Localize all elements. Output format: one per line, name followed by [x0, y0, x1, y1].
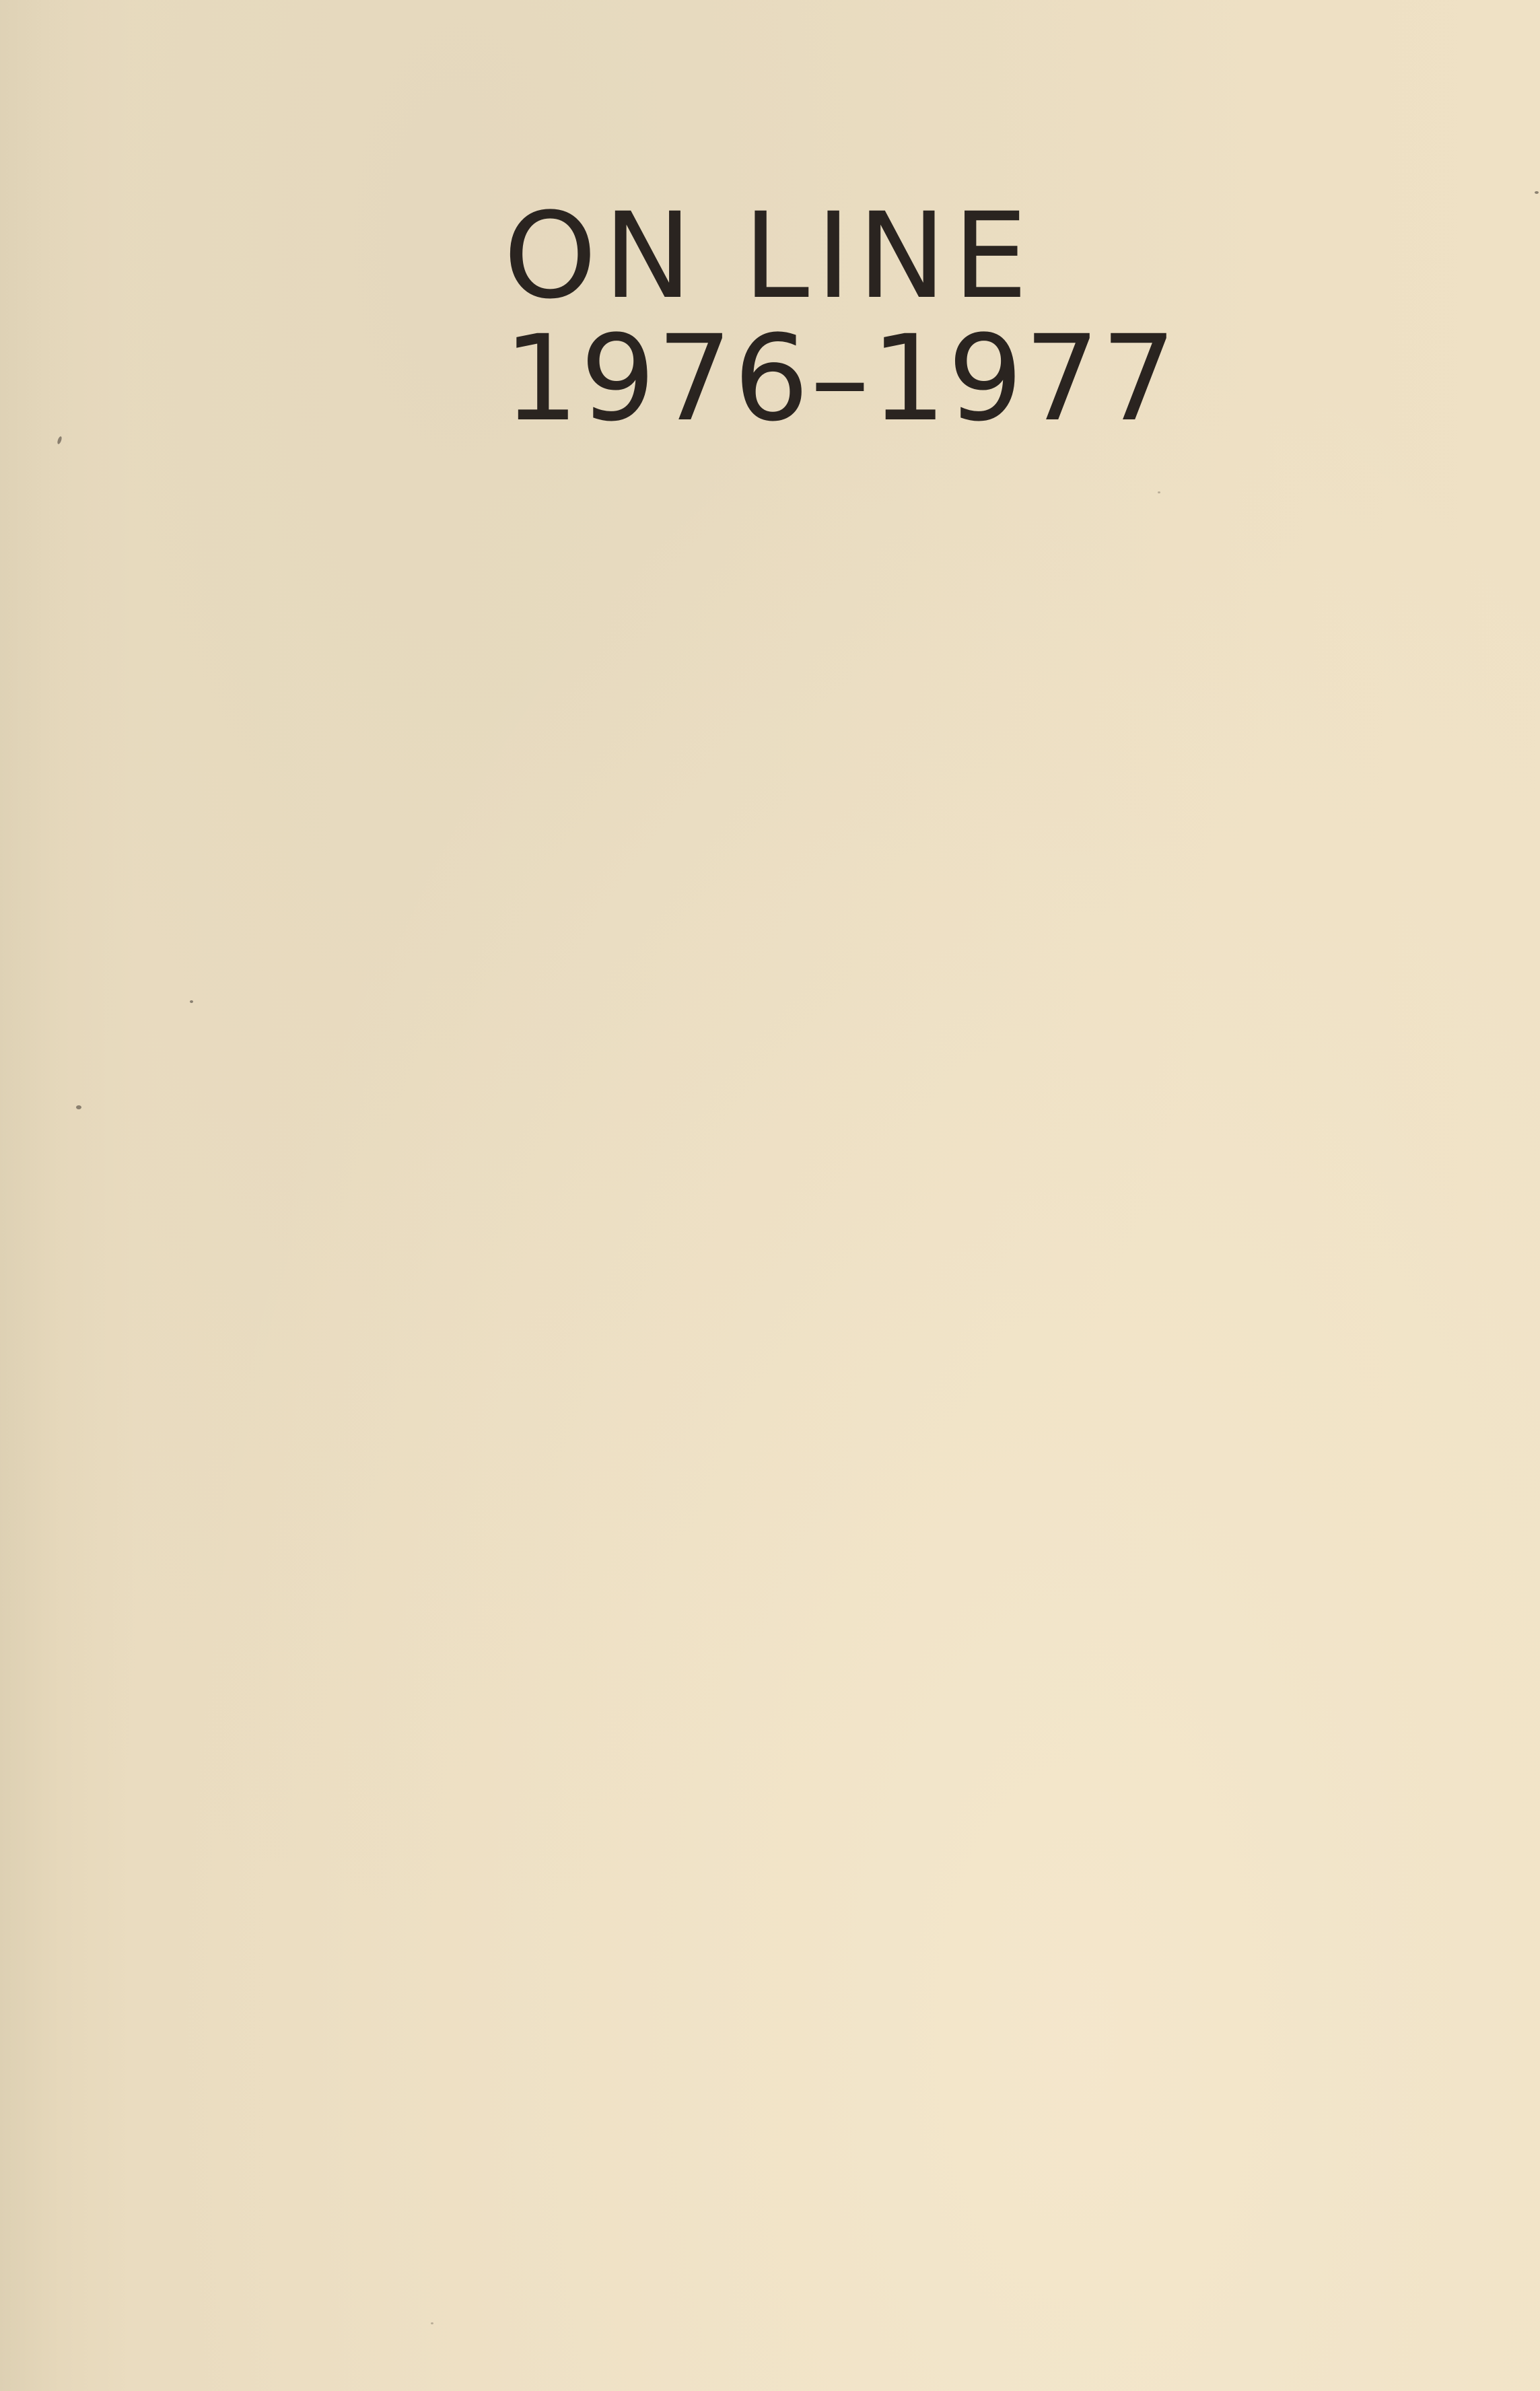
- paper-speck: [57, 436, 63, 445]
- book-years: 1976–1977: [503, 318, 1015, 440]
- book-page: ON LINE 1976–1977: [0, 0, 1540, 2391]
- title-block: ON LINE 1976–1977: [503, 195, 1015, 440]
- book-title: ON LINE: [503, 195, 1015, 318]
- paper-speck: [1158, 491, 1160, 493]
- paper-speck: [190, 1000, 193, 1003]
- paper-speck: [431, 2322, 433, 2324]
- paper-speck: [1535, 191, 1539, 194]
- paper-speck: [76, 1105, 81, 1109]
